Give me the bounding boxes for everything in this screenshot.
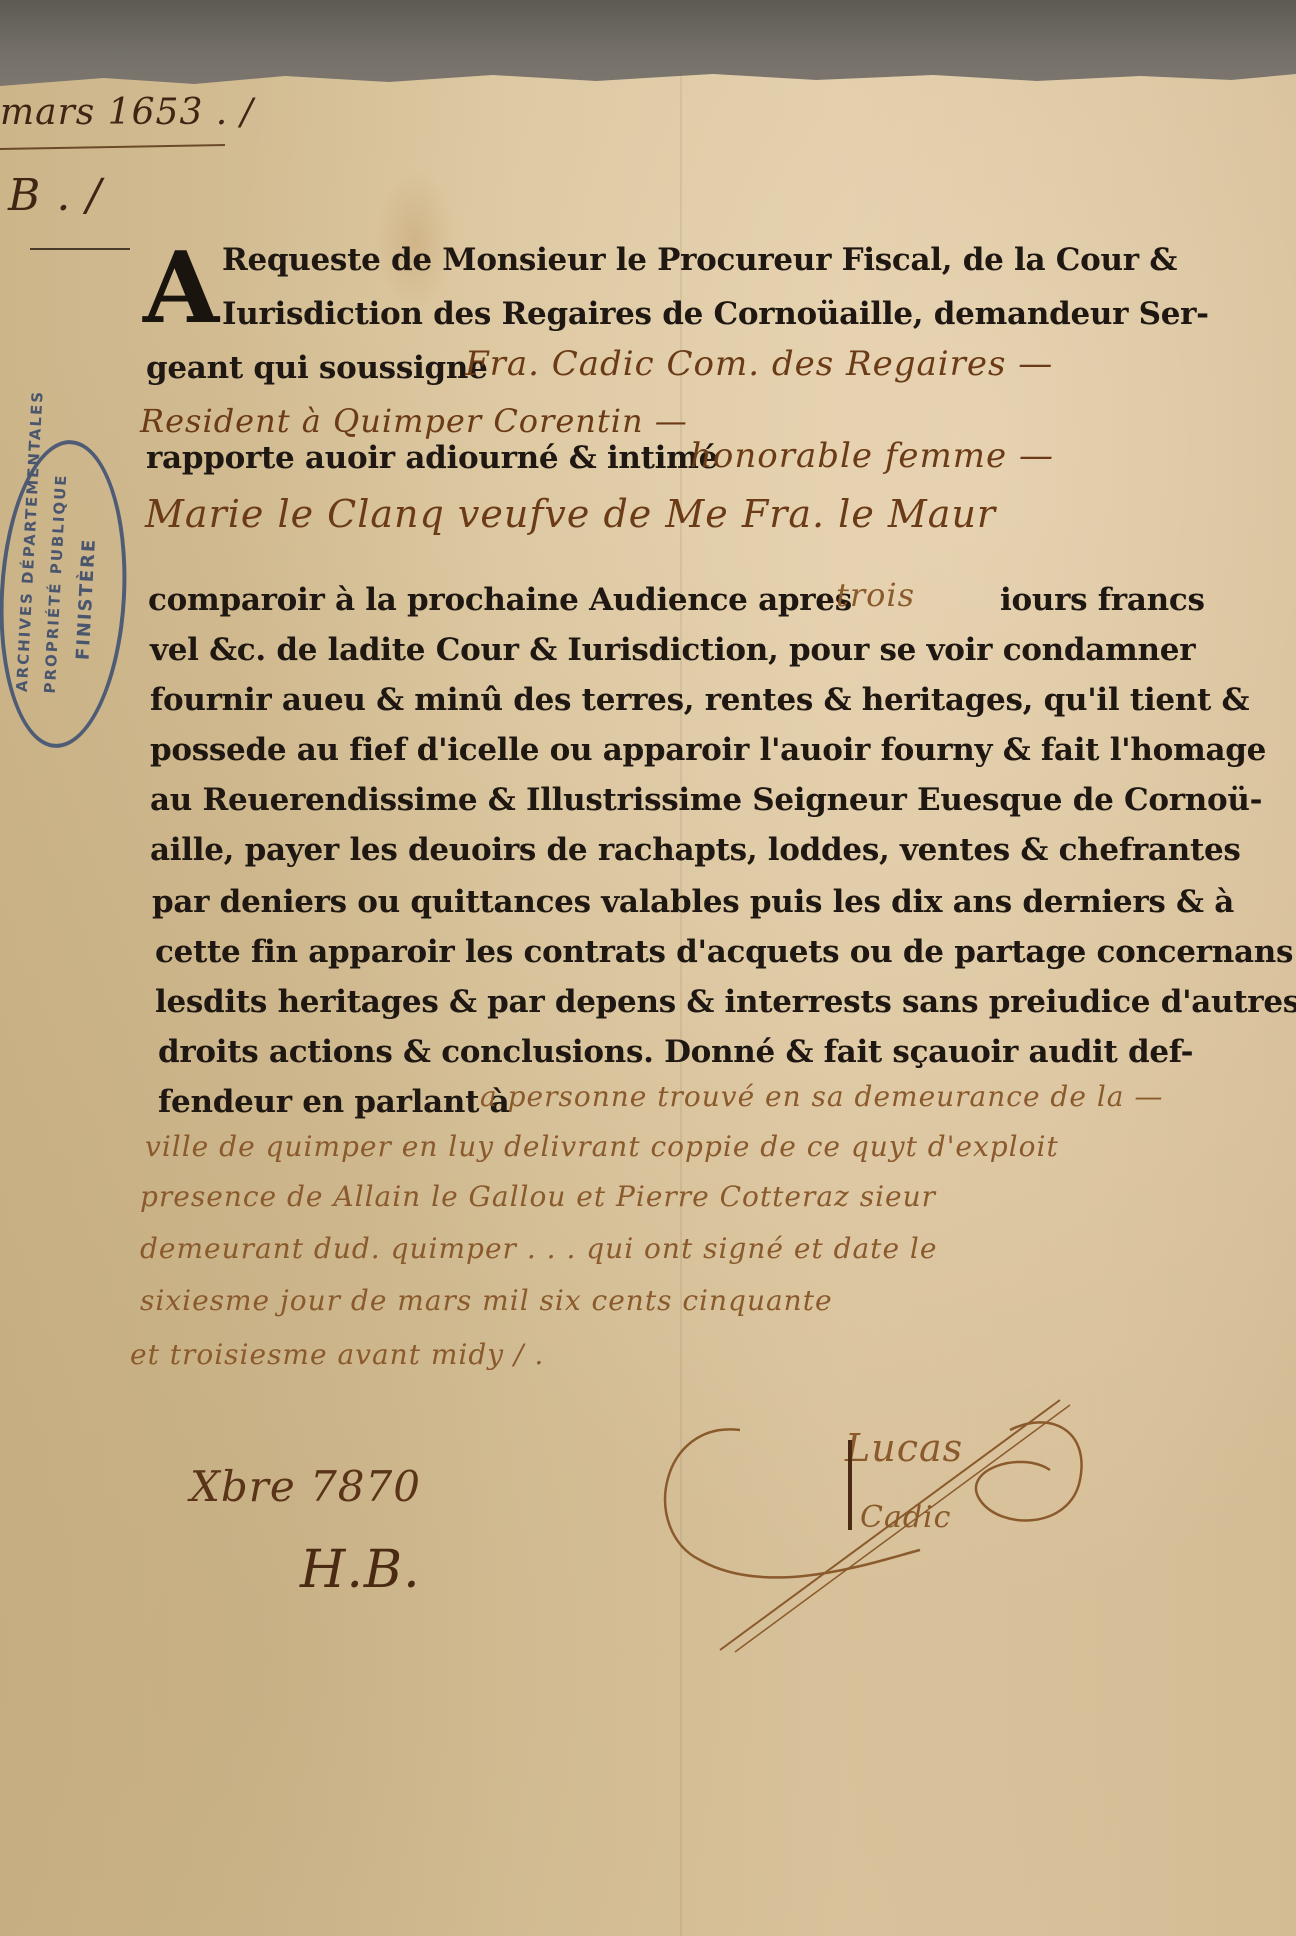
printed-line: fendeur en parlant à — [158, 1084, 509, 1120]
handwritten-record-line: sixiesme jour de mars mil six cents cinq… — [140, 1284, 833, 1317]
printed-line: vel &c. de ladite Cour & Iurisdiction, p… — [150, 632, 1195, 668]
printed-line: par deniers ou quittances valables puis … — [152, 884, 1234, 920]
archival-initials: H.B. — [300, 1540, 421, 1600]
margin-letter-note: B . / — [8, 170, 102, 221]
handwritten-record-line: demeurant dud. quimper . . . qui ont sig… — [140, 1232, 937, 1265]
printed-line: iours francs — [1000, 582, 1205, 618]
printed-line: comparoir à la prochaine Audience apres — [148, 582, 852, 618]
handwritten-sergeant-name: Fra. Cadic Com. des Regaires — — [465, 344, 1053, 384]
printed-line: droits actions & conclusions. Donné & fa… — [158, 1034, 1193, 1070]
stamp-line: PROPRIÉTÉ PUBLIQUE — [41, 473, 71, 694]
printed-line: fournir aueu & minû des terres, rentes &… — [150, 682, 1249, 718]
printed-line: geant qui soussigne — [146, 350, 488, 386]
water-stain — [375, 170, 455, 310]
printed-line: possede au fief d'icelle ou apparoir l'a… — [150, 732, 1266, 768]
drop-cap: A — [143, 240, 219, 338]
handwritten-residence: Resident à Quimper Corentin — — [140, 402, 688, 440]
printed-line: cette fin apparoir les contrats d'acquet… — [155, 934, 1293, 970]
margin-date-note: mars 1653 . / — [0, 92, 254, 133]
archival-reference-number: Xbre 7870 — [190, 1462, 421, 1511]
handwritten-defendant: Marie le Clanq veufve de Me Fra. le Maur — [145, 492, 996, 536]
handwritten-defendant: honorable femme — — [690, 436, 1054, 476]
printed-line: lesdits heritages & par depens & interre… — [155, 984, 1296, 1020]
handwritten-record-line: a personne trouvé en sa demeurance de la… — [480, 1080, 1163, 1113]
handwritten-record-line: ville de quimper en luy delivrant coppie… — [145, 1130, 1059, 1163]
printed-line: au Reuerendissime & Illustrissime Seigne… — [150, 782, 1262, 818]
printed-line: Requeste de Monsieur le Procureur Fiscal… — [222, 242, 1177, 278]
handwritten-record-line: et troisiesme avant midy / . — [130, 1338, 544, 1371]
stamp-line: FINISTÈRE — [73, 537, 100, 660]
scan-background — [0, 0, 1296, 90]
margin-rule — [30, 248, 130, 250]
printed-line: rapporte auoir adiourné & intimé — [146, 440, 718, 476]
handwritten-record-line: presence de Allain le Gallou et Pierre C… — [140, 1180, 936, 1213]
printed-line: Iurisdiction des Regaires de Cornoüaille… — [222, 296, 1209, 332]
handwritten-delay-days: trois — [836, 576, 915, 614]
printed-line: aille, payer les deuoirs de rachapts, lo… — [150, 832, 1241, 868]
signature-flourish — [620, 1390, 1180, 1670]
